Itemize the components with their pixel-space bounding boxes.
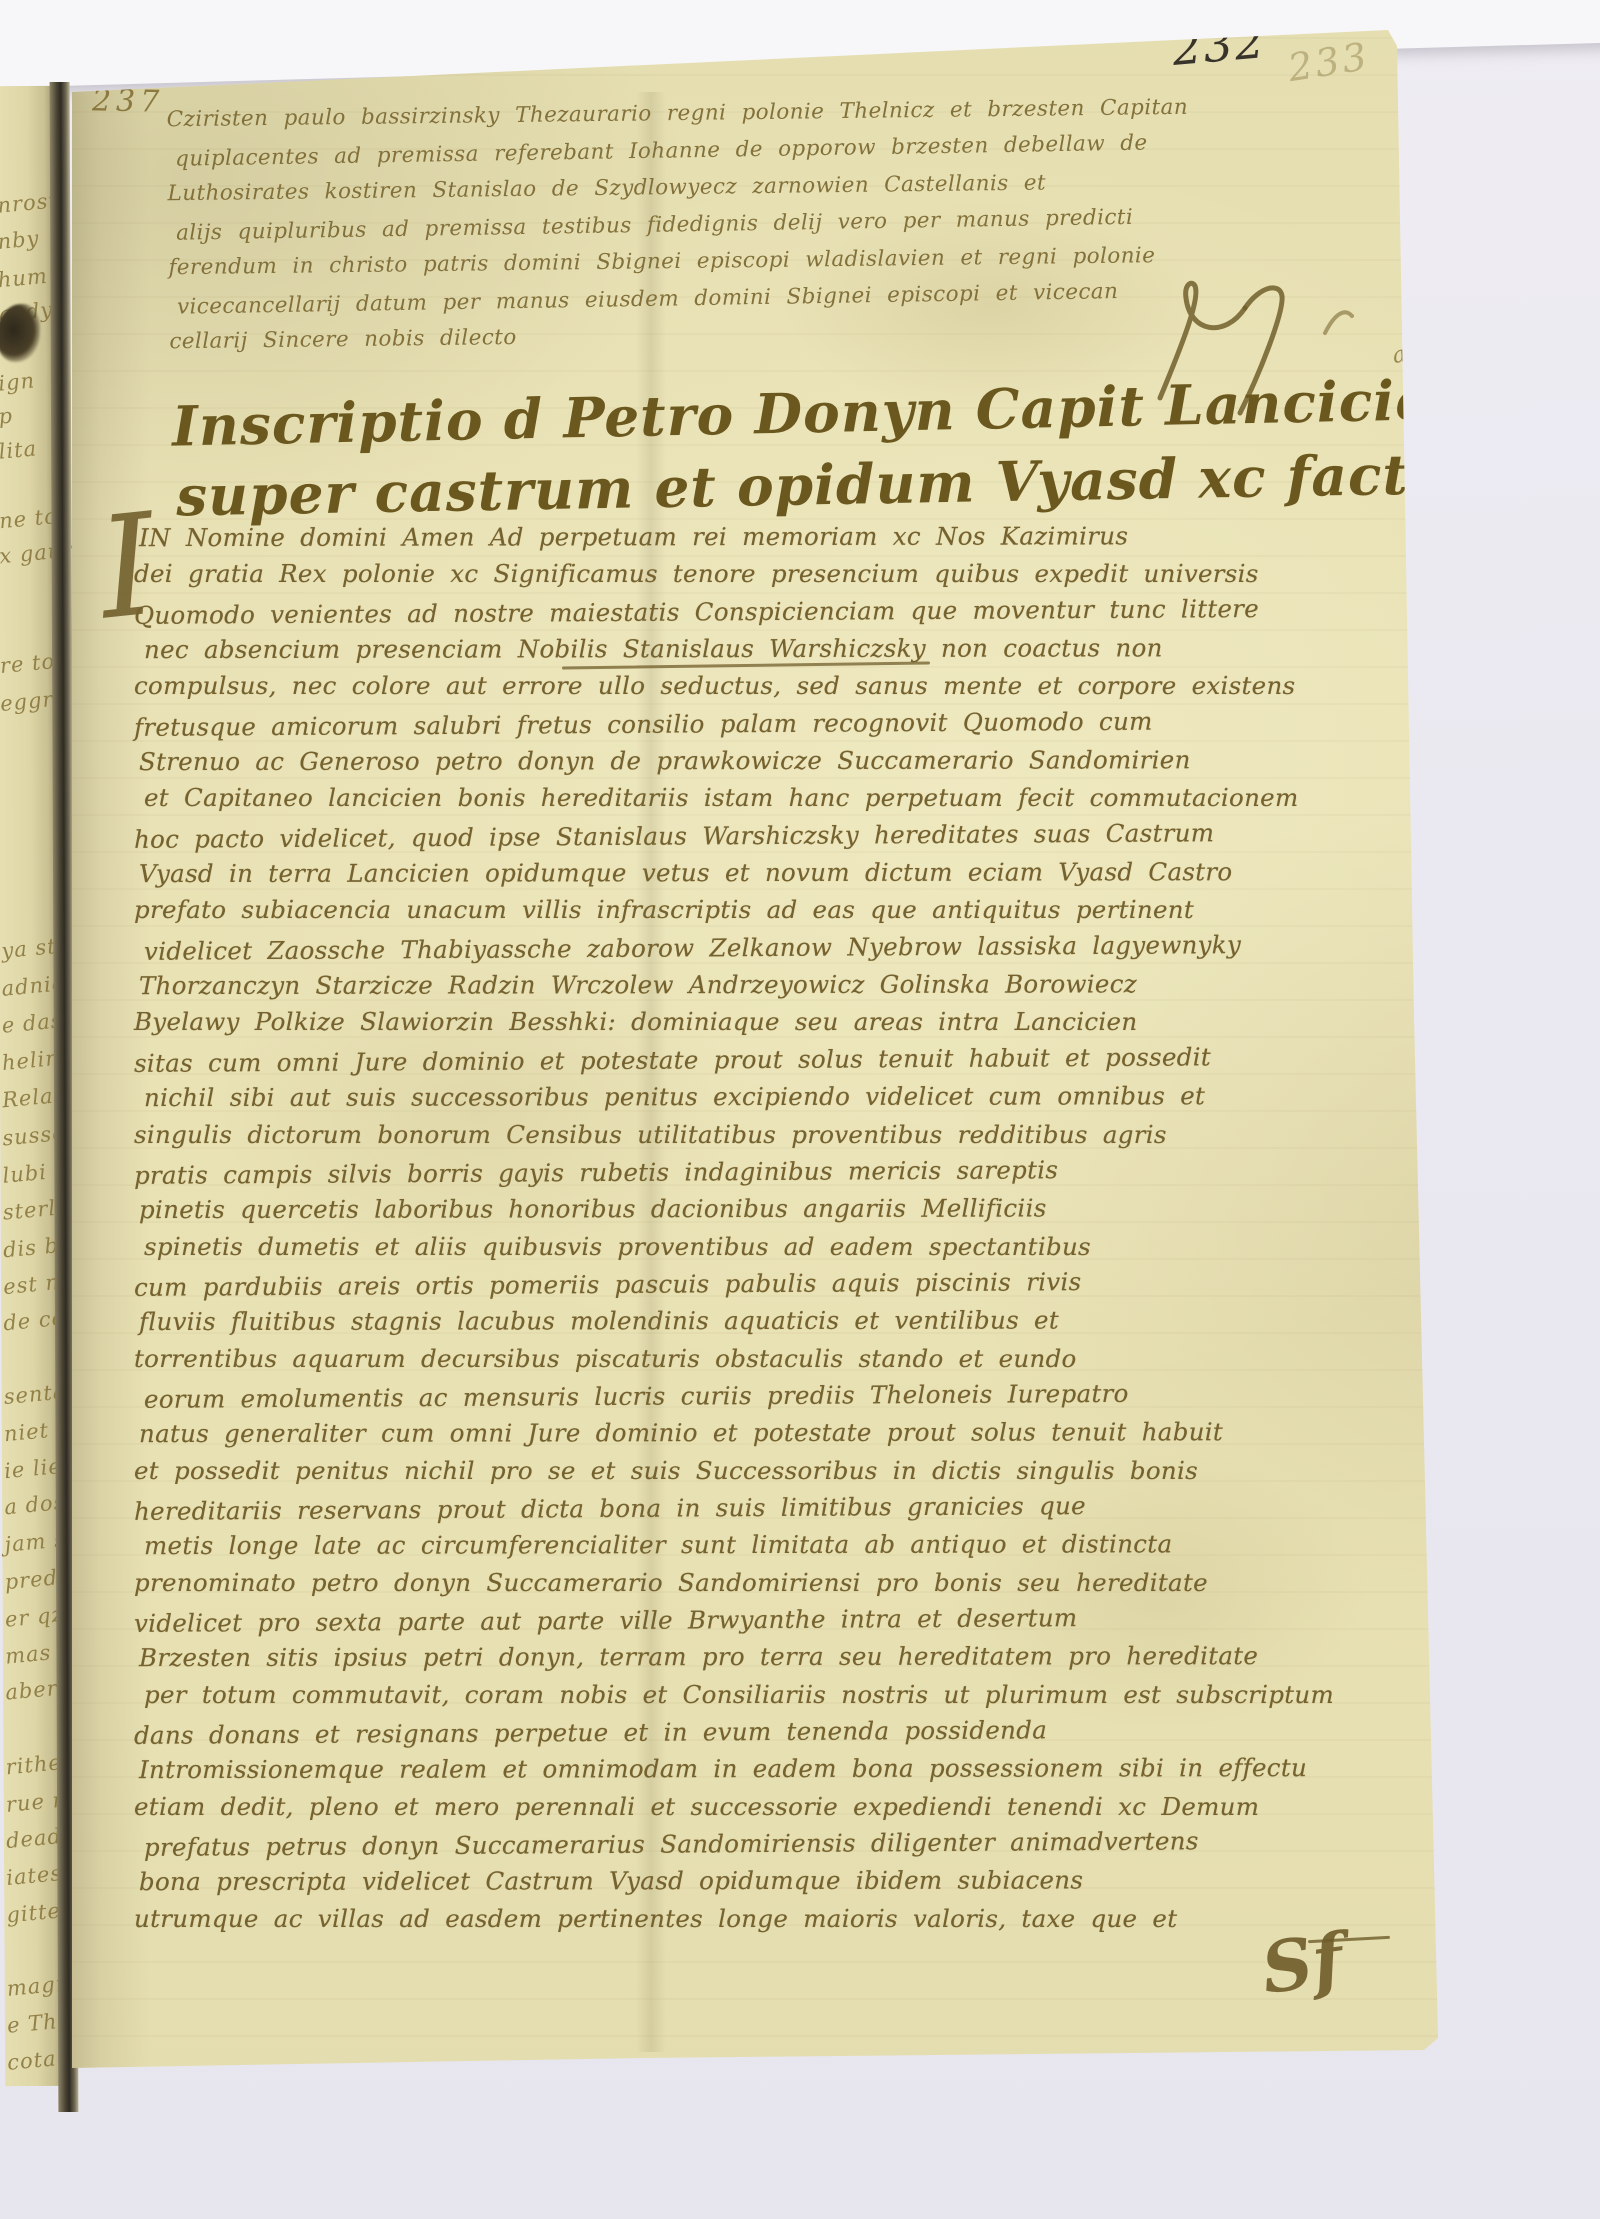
body-line: videlicet Zaossche Thabiyassche zaborow … bbox=[134, 925, 1396, 970]
body-line: pinetis quercetis laboribus honoribus da… bbox=[134, 1189, 1396, 1229]
body-line: dans donans et resignans perpetue et in … bbox=[134, 1709, 1396, 1754]
body-line: Thorzanczyn Starzicze Radzin Wrczolew An… bbox=[134, 965, 1396, 1005]
body-line: hoc pacto videlicet, quod ipse Stanislau… bbox=[134, 813, 1396, 858]
body-line: natus generaliter cum omni Jure dominio … bbox=[134, 1413, 1396, 1453]
body-line: Strenuo ac Generoso petro donyn de prawk… bbox=[134, 741, 1396, 781]
body-line: etiam dedit, pleno et mero perennali et … bbox=[134, 1788, 1396, 1825]
manuscript-scan: nrostnbyhumgadyignplitane toux gaurre to… bbox=[0, 0, 1600, 2219]
body-line: hereditariis reservans prout dicta bona … bbox=[134, 1485, 1396, 1530]
body-line: prenominato petro donyn Succamerario San… bbox=[134, 1564, 1396, 1601]
body-line: eorum emolumentis ac mensuris lucris cur… bbox=[134, 1373, 1396, 1418]
body-line: Byelawy Polkize Slawiorzin Besshki: domi… bbox=[134, 1003, 1396, 1040]
spine-fragment: lita bbox=[0, 436, 38, 463]
spine-fragment: nby bbox=[0, 226, 40, 254]
body-line: per totum commutavit, coram nobis et Con… bbox=[134, 1676, 1396, 1713]
body-line: metis longe late ac circumferencialiter … bbox=[134, 1525, 1396, 1565]
body-text: IN Nomine domini Amen Ad perpetuam rei m… bbox=[134, 518, 1396, 1937]
body-line: et Capitaneo lancicien bonis hereditarii… bbox=[134, 779, 1396, 816]
body-line: fluviis fluitibus stagnis lacubus molend… bbox=[134, 1301, 1396, 1341]
body-line: prefatus petrus donyn Succamerarius Sand… bbox=[134, 1821, 1396, 1866]
body-line: utrumque ac villas ad easdem pertinentes… bbox=[134, 1900, 1396, 1937]
body-line: torrentibus aquarum decursibus piscaturi… bbox=[134, 1340, 1396, 1377]
body-line: prefato subiacencia unacum villis infras… bbox=[134, 891, 1396, 928]
spine-fragment: Rela bbox=[1, 1084, 54, 1113]
body-line: Intromissionemque realem et omnimodam in… bbox=[134, 1749, 1396, 1789]
body-line: dei gratia Rex polonie xc Significamus t… bbox=[134, 555, 1396, 592]
body-line: et possedit penitus nichil pro se et sui… bbox=[134, 1452, 1396, 1489]
body-line: videlicet pro sexta parte aut parte vill… bbox=[134, 1597, 1396, 1642]
body-line: Vyasd in terra Lancicien opidumque vetus… bbox=[134, 853, 1396, 893]
ink-blot bbox=[0, 304, 40, 362]
closing-flourish: Sf bbox=[1257, 1917, 1348, 2010]
body-line: sitas cum omni Jure dominio et potestate… bbox=[134, 1037, 1396, 1082]
spine-fragment: hum bbox=[0, 264, 49, 293]
body-line: Brzesten sitis ipsius petri donyn, terra… bbox=[134, 1637, 1396, 1677]
spine-fragment: p bbox=[0, 403, 14, 428]
body-line: bona prescripta videlicet Castrum Vyasd … bbox=[134, 1861, 1396, 1901]
body-line: cum pardubiis areis ortis pomeriis pascu… bbox=[134, 1261, 1396, 1306]
page-number-faint: 233 bbox=[1285, 34, 1372, 90]
body-line: spinetis dumetis et aliis quibusvis prov… bbox=[134, 1228, 1396, 1265]
body-line: IN Nomine domini Amen Ad perpetuam rei m… bbox=[134, 517, 1396, 557]
spine-fragment: ign bbox=[0, 368, 36, 395]
manuscript-page: 237 232 233 Cziristen paulo bassirzinsky… bbox=[0, 0, 1600, 2219]
body-line: pratis campis silvis borris gayis rubeti… bbox=[134, 1149, 1396, 1194]
body-line: nichil sibi aut suis successoribus penit… bbox=[134, 1077, 1396, 1117]
body-line: fretusque amicorum salubri fretus consil… bbox=[134, 701, 1396, 746]
body-line: nec absencium presenciam Nobilis Stanisl… bbox=[134, 629, 1396, 669]
body-line: compulsus, nec colore aut errore ullo se… bbox=[134, 667, 1396, 704]
body-line: Quomodo venientes ad nostre maiestatis C… bbox=[134, 589, 1396, 634]
body-line: singulis dictorum bonorum Censibus utili… bbox=[134, 1116, 1396, 1153]
